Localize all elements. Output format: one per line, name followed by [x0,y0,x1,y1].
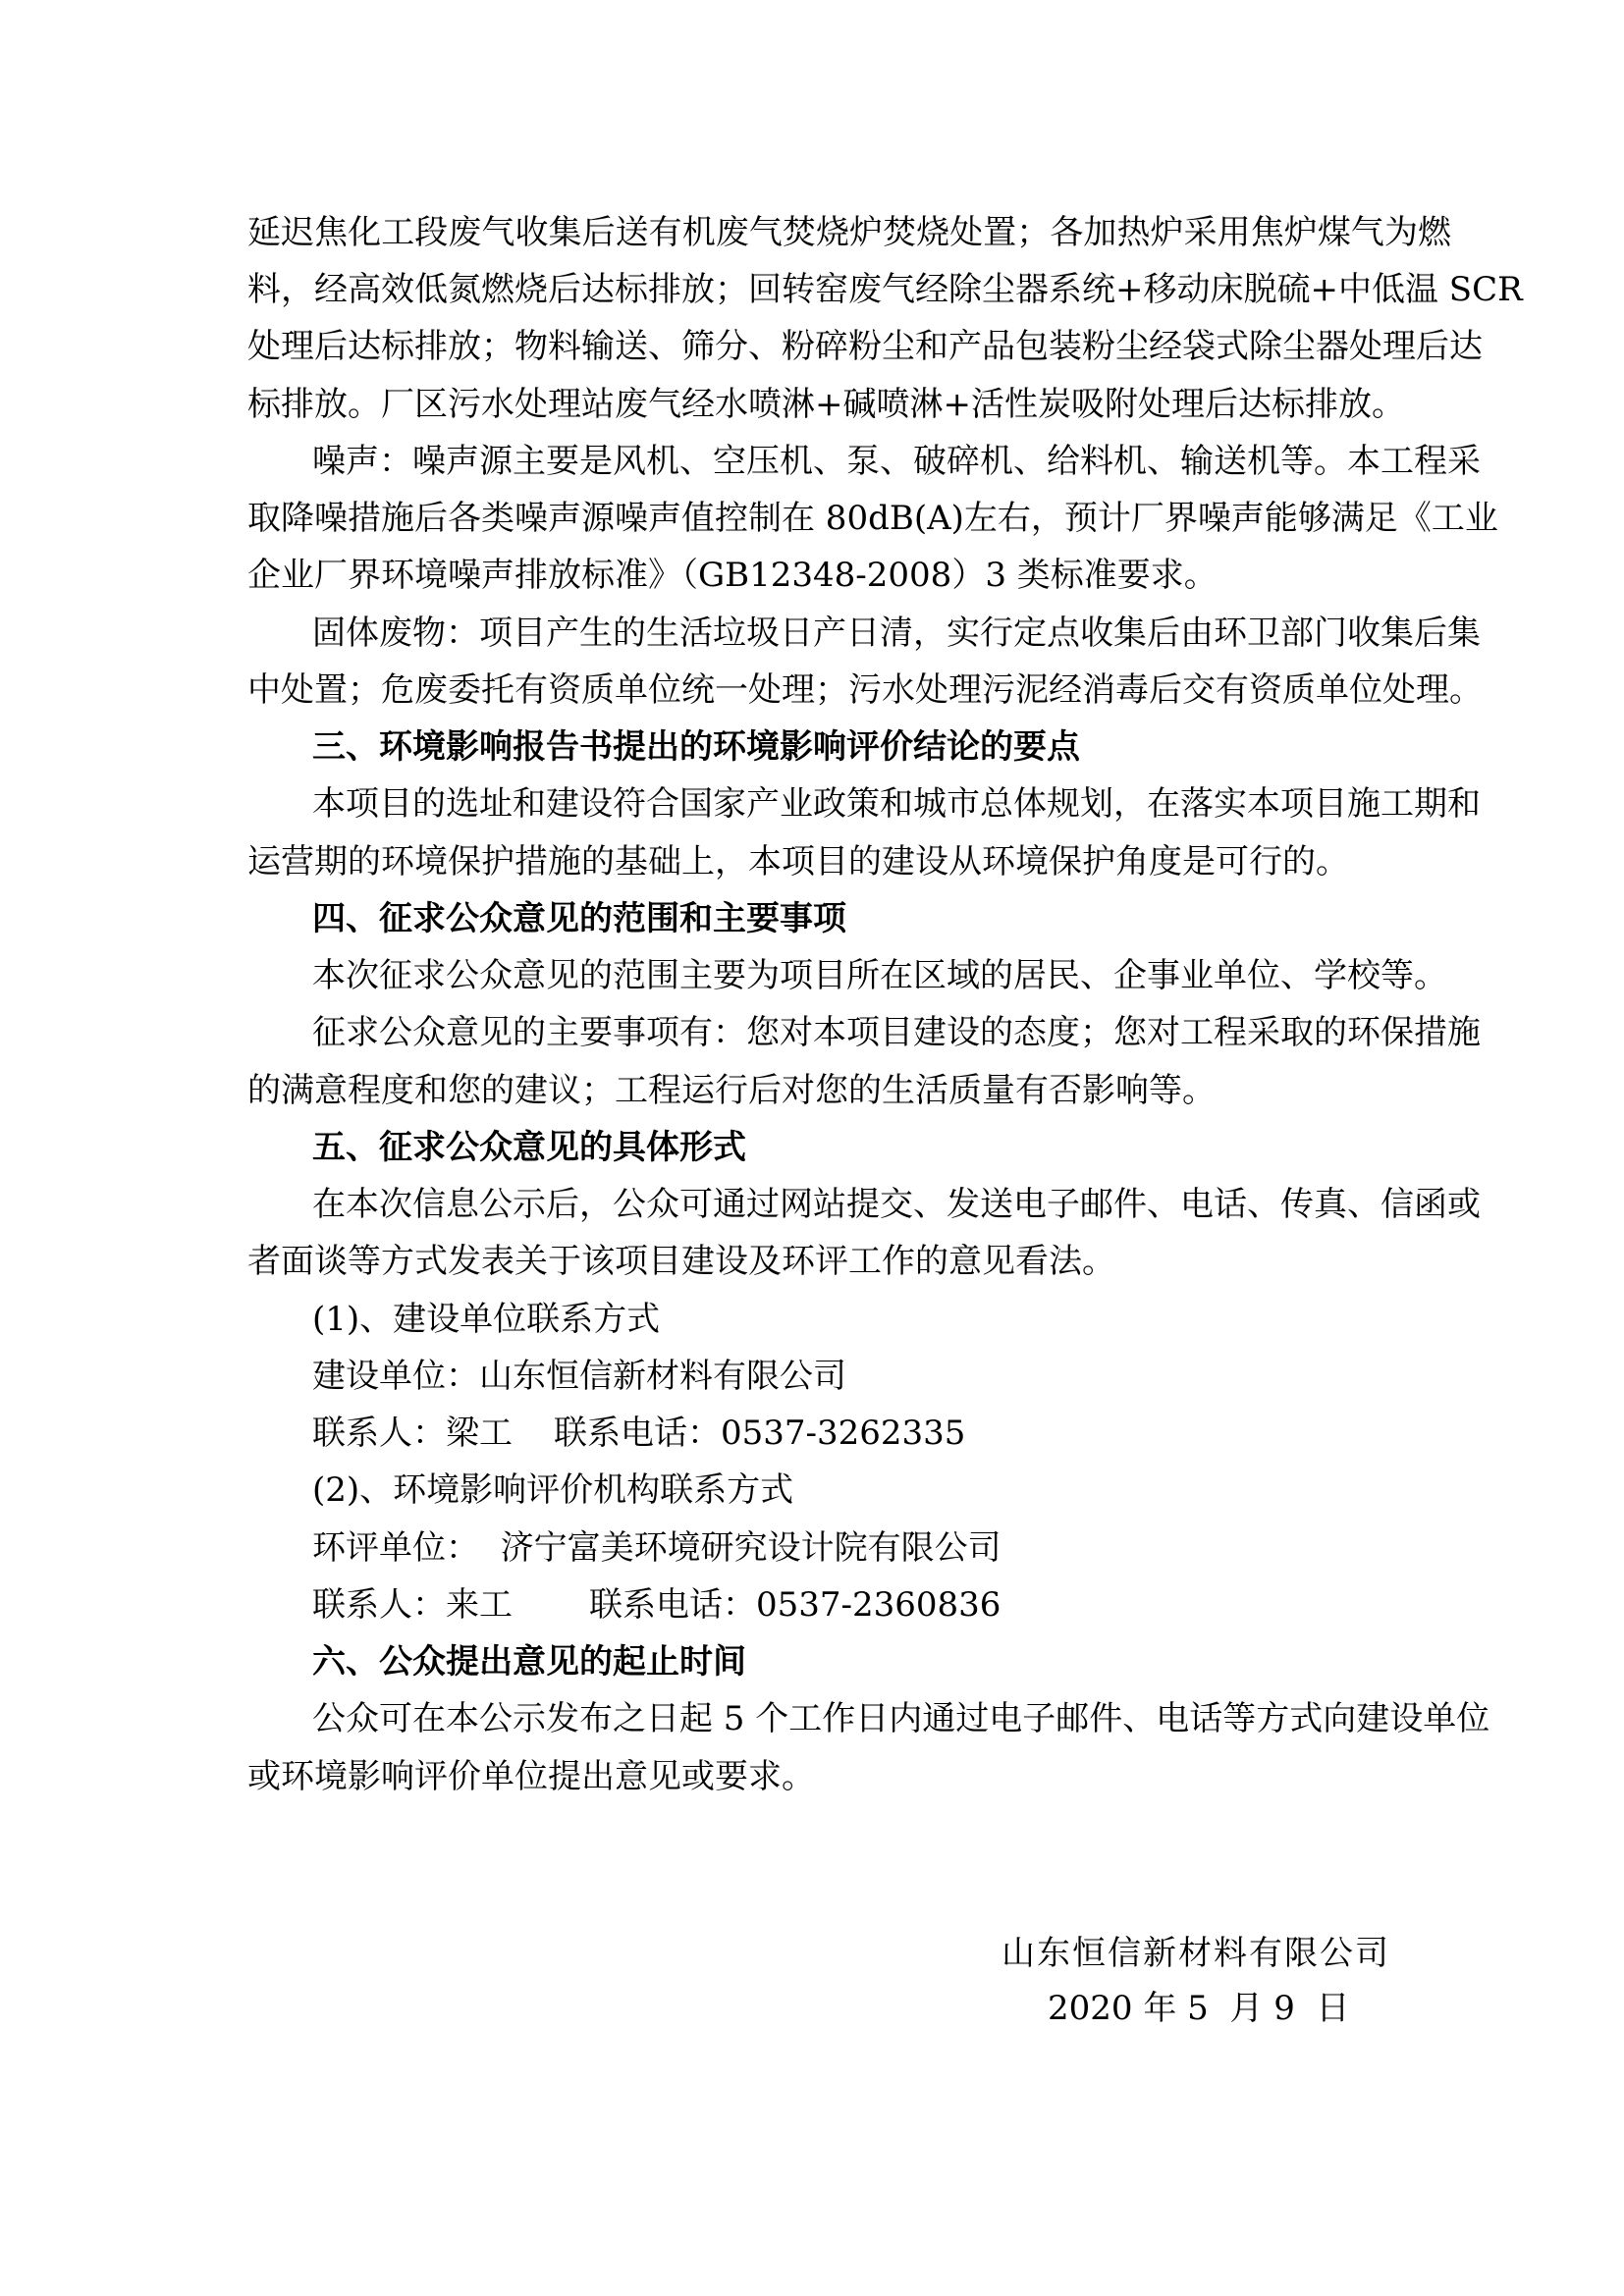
builder-contact-title: (1)、建设单位联系方式 [312,1291,1451,1348]
section-6-line: 公众可在本公示发布之日起 5 个工作日内通过电子邮件、电话等方式向建设单位 [312,1690,1451,1747]
section-5-line: 者面谈等方式发表关于该项目建设及环评工作的意见看法。 [247,1233,1451,1290]
eia-phone: 联系电话：0537-2360836 [589,1585,1001,1625]
section-3-line: 运营期的环境保护措施的基础上，本项目的建设从环境保护角度是可行的。 [247,833,1451,890]
eia-contact-person: 联系人：来工 [312,1585,513,1625]
document-page: 延迟焦化工段废气收集后送有机废气焚烧炉焚烧处置；各加热炉采用焦炉煤气为燃 料，经… [0,0,1624,2296]
builder-phone: 联系电话：0537-3262335 [554,1414,965,1453]
section-heading-6: 六、公众提出意见的起止时间 [312,1633,1451,1690]
section-heading-3: 三、环境影响报告书提出的环境影响评价结论的要点 [312,719,1451,775]
section-heading-4: 四、征求公众意见的范围和主要事项 [312,890,1451,947]
paragraph-gas-line: 延迟焦化工段废气收集后送有机废气焚烧炉焚烧处置；各加热炉采用焦炉煤气为燃 [247,204,1451,261]
section-4-line: 的满意程度和您的建议；工程运行后对您的生活质量有否影响等。 [247,1062,1451,1119]
builder-unit: 建设单位：山东恒信新材料有限公司 [312,1348,1451,1405]
builder-contact-person: 联系人：梁工 [312,1414,513,1453]
builder-contact-row: 联系人：梁工联系电话：0537-3262335 [312,1405,1451,1462]
section-4-line: 本次征求公众意见的范围主要为项目所在区域的居民、企事业单位、学校等。 [312,947,1451,1004]
signature-date: 2020 年 5 月 9 日 [1048,1980,1349,2037]
paragraph-solid-waste-line: 固体废物：项目产生的生活垃圾日产日清，实行定点收集后由环卫部门收集后集 [312,605,1451,662]
section-heading-5: 五、征求公众意见的具体形式 [312,1119,1451,1176]
eia-contact-title: (2)、环境影响评价机构联系方式 [312,1462,1451,1519]
signature-company: 山东恒信新材料有限公司 [1001,1925,1390,1982]
eia-contact-row: 联系人：来工联系电话：0537-2360836 [312,1576,1451,1633]
paragraph-gas-line: 处理后达标排放；物料输送、筛分、粉碎粉尘和产品包装粉尘经袋式除尘器处理后达 [247,318,1451,375]
paragraph-gas-line: 料，经高效低氮燃烧后达标排放；回转窑废气经除尘器系统+移动床脱硫+中低温 SCR [247,261,1451,318]
paragraph-noise-line: 企业厂界环境噪声排放标准》（GB12348-2008）3 类标准要求。 [247,547,1451,604]
paragraph-noise-line: 取降噪措施后各类噪声源噪声值控制在 80dB(A)左右，预计厂界噪声能够满足《工… [247,490,1451,547]
paragraph-gas-line: 标排放。厂区污水处理站废气经水喷淋+碱喷淋+活性炭吸附处理后达标排放。 [247,376,1451,433]
section-6-line: 或环境影响评价单位提出意见或要求。 [247,1748,1451,1805]
section-4-line: 征求公众意见的主要事项有：您对本项目建设的态度；您对工程采取的环保措施 [312,1004,1451,1061]
paragraph-solid-waste-line: 中处置；危废委托有资质单位统一处理；污水处理污泥经消毒后交有资质单位处理。 [247,662,1451,719]
section-5-line: 在本次信息公示后，公众可通过网站提交、发送电子邮件、电话、传真、信函或 [312,1176,1451,1233]
section-3-line: 本项目的选址和建设符合国家产业政策和城市总体规划，在落实本项目施工期和 [312,775,1451,832]
paragraph-noise-line: 噪声：噪声源主要是风机、空压机、泵、破碎机、给料机、输送机等。本工程采 [312,433,1451,490]
eia-unit: 环评单位： 济宁富美环境研究设计院有限公司 [312,1520,1451,1576]
